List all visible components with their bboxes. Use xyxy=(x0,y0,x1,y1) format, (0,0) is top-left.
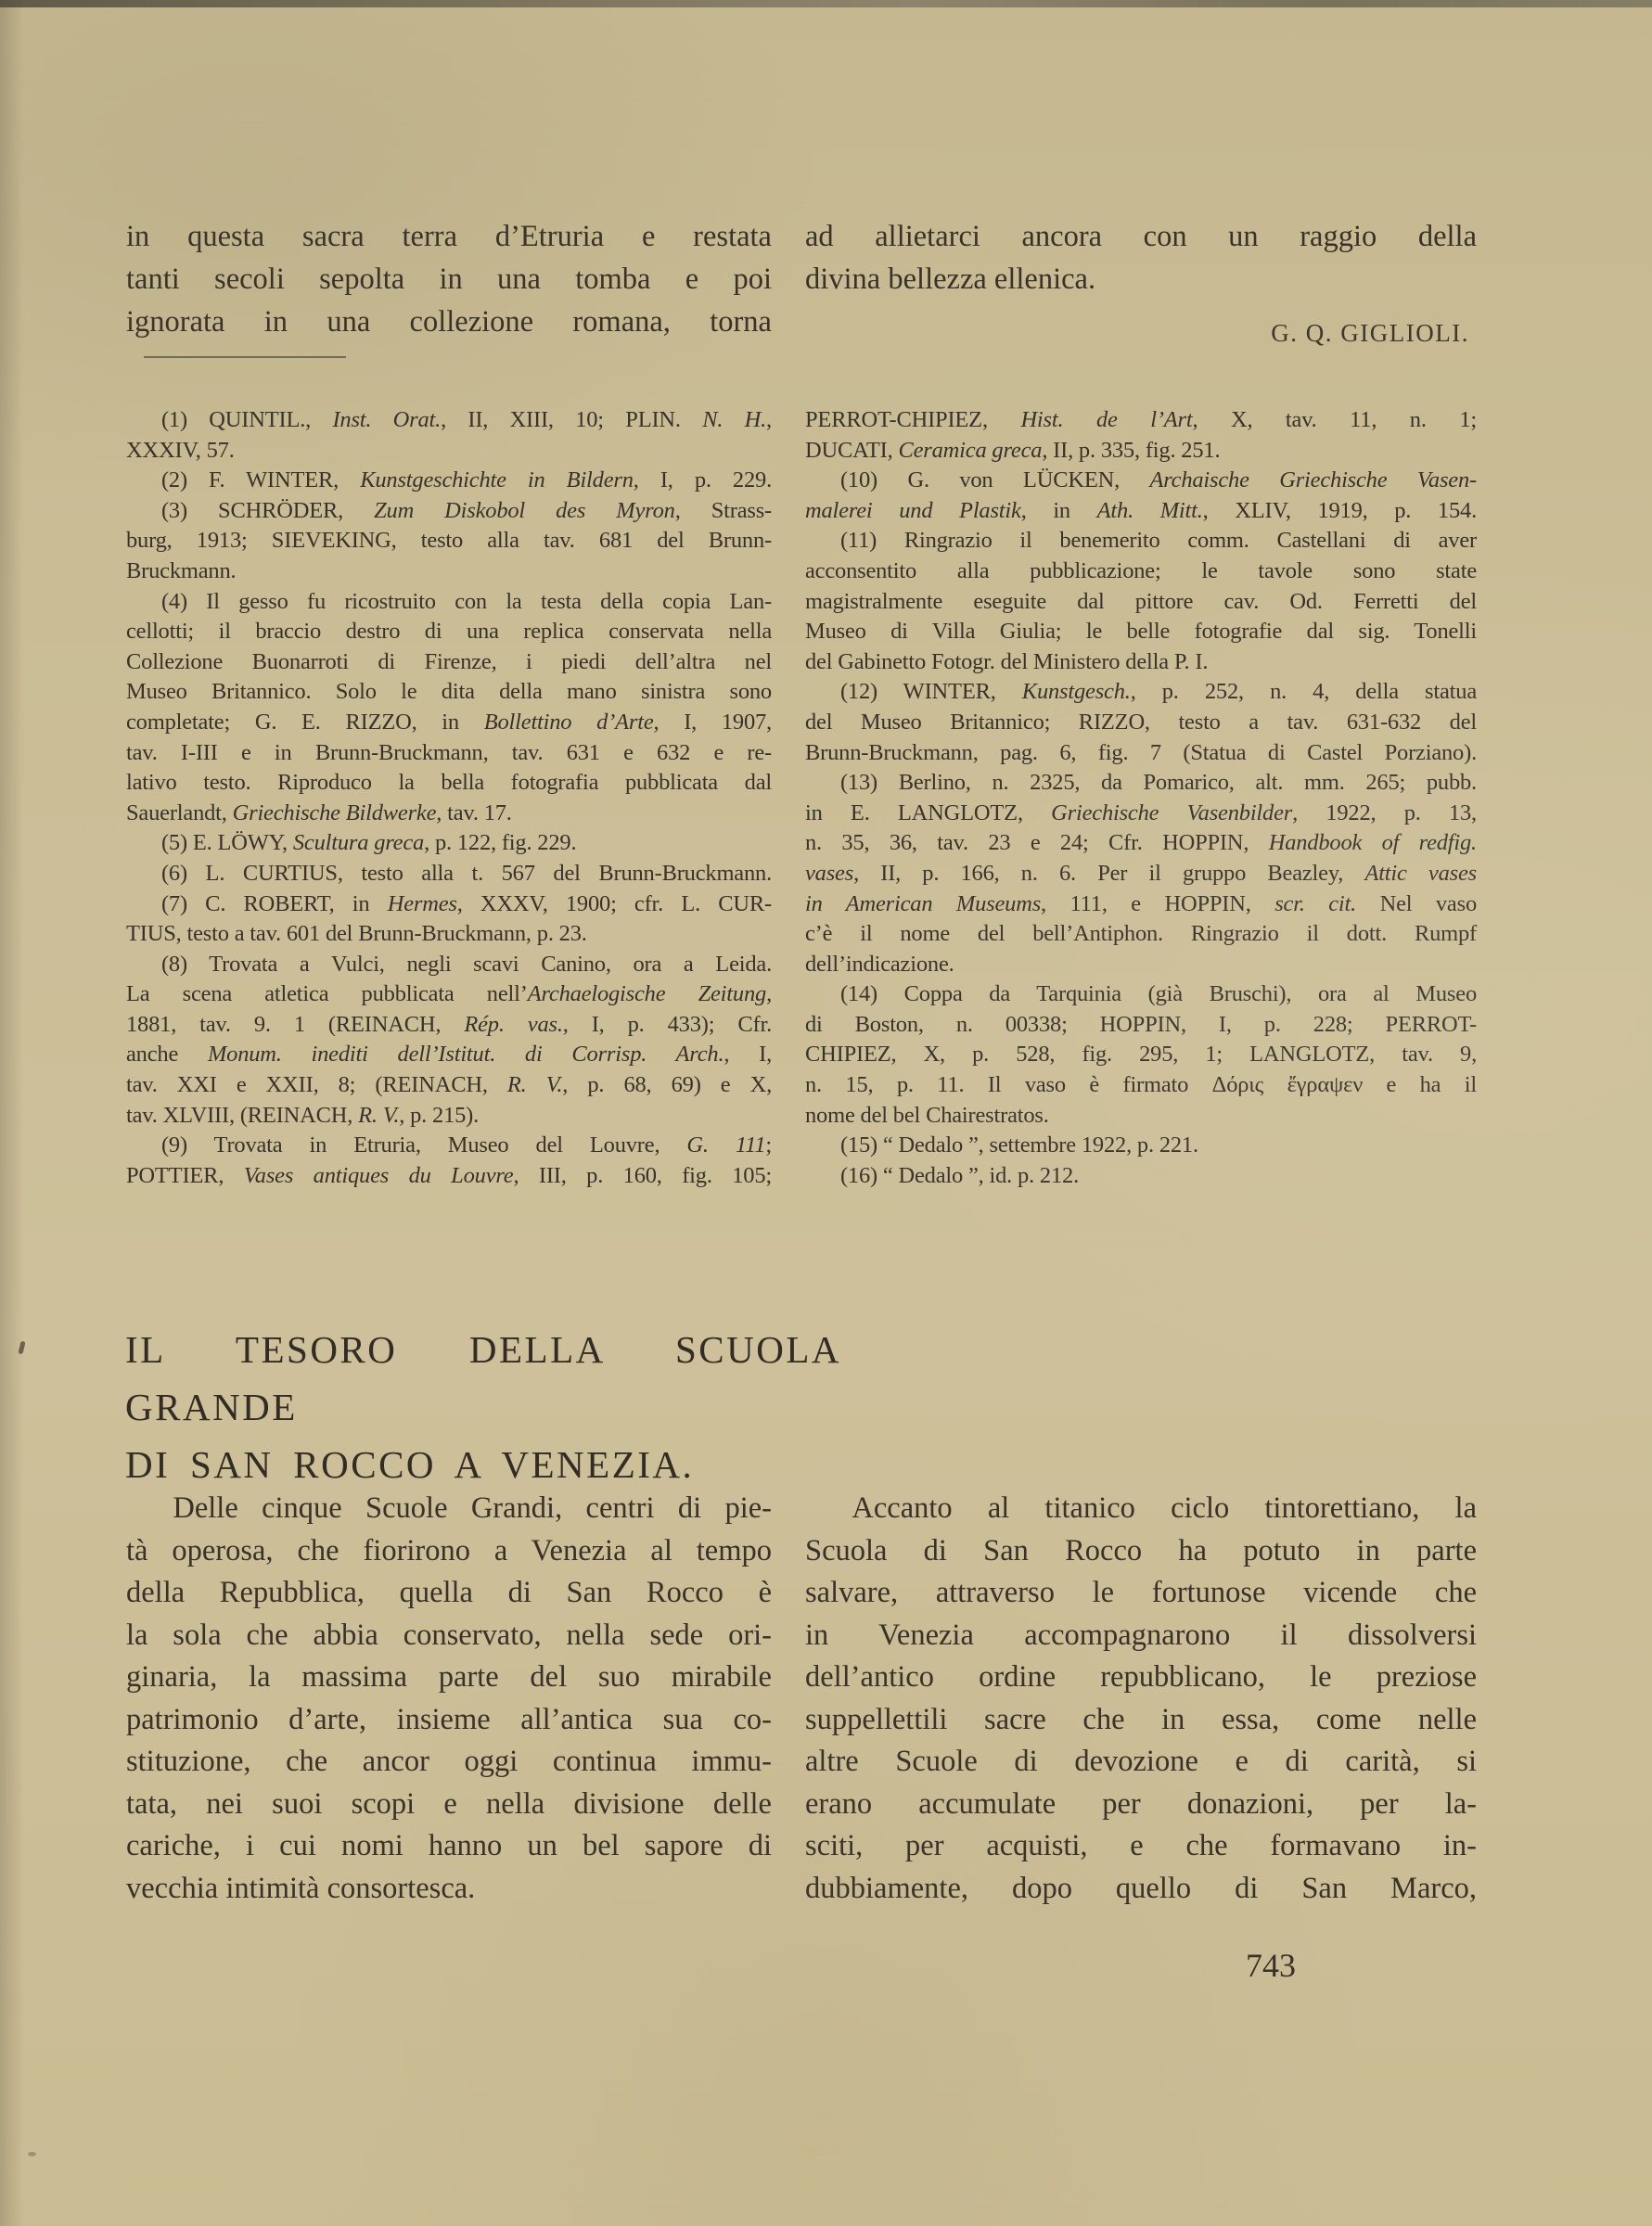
text-line: del Museo Britannico; RIZZO, testo a tav… xyxy=(805,708,1477,738)
section-heading: IL TESORO DELLA SCUOLA GRANDE DI SAN ROC… xyxy=(125,1321,841,1493)
text-line: vecchia intimità consortesca. xyxy=(126,1868,772,1911)
text-line: Scuola di San Rocco ha potuto in parte xyxy=(805,1530,1477,1573)
text-line: DUCATI, Ceramica greca, II, p. 335, fig.… xyxy=(805,436,1477,467)
text-line: tav. I-III e in Brunn-Bruckmann, tav. 63… xyxy=(126,738,772,769)
text-line: n. 15, p. 11. Il vaso è firmato Δόρις ἔγ… xyxy=(805,1070,1477,1101)
text-line: in Venezia accompagnarono il dissolversi xyxy=(805,1615,1477,1657)
text-line: completate; G. E. RIZZO, in Bollettino d… xyxy=(126,708,772,738)
text-line: c’è il nome del bell’Antiphon. Ringrazio… xyxy=(805,919,1477,950)
page-number: 743 xyxy=(1206,1946,1336,1985)
text-line: 1881, tav. 9. 1 (REINACH, Rép. vas., I, … xyxy=(126,1010,772,1041)
scanned-journal-page: in questa sacra terra d’Etruria e restat… xyxy=(0,0,1652,2226)
text-line: tà operosa, che fiorirono a Venezia al t… xyxy=(126,1530,772,1573)
text-line: (14) Coppa da Tarquinia (già Bruschi), o… xyxy=(805,979,1477,1010)
text-line: n. 35, 36, tav. 23 e 24; Cfr. HOPPIN, Ha… xyxy=(805,828,1477,859)
text-line: altre Scuole di devozione e di carità, s… xyxy=(805,1741,1477,1784)
scan-artifact xyxy=(18,1341,25,1355)
text-line: (5) E. LÖWY, Scultura greca, p. 122, fig… xyxy=(126,828,772,859)
text-line: la sola che abbia conservato, nella sede… xyxy=(126,1615,772,1657)
text-line: POTTIER, Vases antiques du Louvre, III, … xyxy=(126,1161,772,1192)
text-line: dubbiamente, dopo quello di San Marco, xyxy=(805,1868,1477,1911)
text-line: (12) WINTER, Kunstgesch., p. 252, n. 4, … xyxy=(805,677,1477,708)
footnotes-column-right: PERROT-CHIPIEZ, Hist. de l’Art, X, tav. … xyxy=(805,405,1477,1191)
text-line: tanti secoli sepolta in una tomba e poi xyxy=(126,258,772,301)
body-paragraph-left: Delle cinque Scuole Grandi, centri di pi… xyxy=(126,1488,772,1910)
text-line: nome del bel Chairestratos. xyxy=(805,1101,1477,1132)
text-line: in questa sacra terra d’Etruria e restat… xyxy=(126,215,772,258)
text-line: erano accumulate per donazioni, per la- xyxy=(805,1784,1477,1826)
text-line: CHIPIEZ, X, p. 528, fig. 295, 1; LANGLOT… xyxy=(805,1040,1477,1070)
text-line: ad allietarci ancora con un raggio della xyxy=(805,215,1477,258)
footnotes-column-left: (1) QUINTIL., Inst. Orat., II, XIII, 10;… xyxy=(126,405,772,1191)
section-heading-line-1: IL TESORO DELLA SCUOLA GRANDE xyxy=(125,1321,841,1436)
text-line: salvare, attraverso le fortunose vicende… xyxy=(805,1572,1477,1615)
text-line: (3) SCHRÖDER, Zum Diskobol des Myron, St… xyxy=(126,496,772,527)
text-line: Brunn-Bruckmann, pag. 6, fig. 7 (Statua … xyxy=(805,738,1477,769)
section-heading-line-2: DI SAN ROCCO A VENEZIA. xyxy=(125,1436,841,1493)
body-paragraph-right: Accanto al titanico ciclo tintorettiano,… xyxy=(805,1488,1477,1910)
text-line: (6) L. CURTIUS, testo alla t. 567 del Br… xyxy=(126,859,772,889)
text-line: in American Museums, 111, e HOPPIN, scr.… xyxy=(805,889,1477,920)
text-line: (11) Ringrazio il benemerito comm. Caste… xyxy=(805,526,1477,556)
text-line: malerei und Plastik, in Ath. Mitt., XLIV… xyxy=(805,496,1477,527)
intro-paragraph-right: ad allietarci ancora con un raggio della… xyxy=(805,215,1477,354)
text-line: Accanto al titanico ciclo tintorettiano,… xyxy=(805,1488,1477,1530)
text-line: Sauerlandt, Griechische Bildwerke, tav. … xyxy=(126,799,772,829)
text-line: Museo Britannico. Solo le dita della man… xyxy=(126,677,772,708)
text-line: (1) QUINTIL., Inst. Orat., II, XIII, 10;… xyxy=(126,405,772,436)
text-line: suppellettili sacre che in essa, come ne… xyxy=(805,1699,1477,1742)
text-line: (4) Il gesso fu ricostruito con la testa… xyxy=(126,587,772,618)
text-line: del Gabinetto Fotogr. del Ministero dell… xyxy=(805,647,1477,678)
text-line: ginaria, la massima parte del suo mirabi… xyxy=(126,1657,772,1699)
text-line: burg, 1913; SIEVEKING, testo alla tav. 6… xyxy=(126,526,772,556)
text-line: PERROT-CHIPIEZ, Hist. de l’Art, X, tav. … xyxy=(805,405,1477,436)
text-line: divina bellezza ellenica. xyxy=(805,258,1477,301)
text-line: La scena atletica pubblicata nell’Archae… xyxy=(126,979,772,1010)
text-line: TIUS, testo a tav. 601 del Brunn-Bruckma… xyxy=(126,919,772,950)
intro-right-text: ad allietarci ancora con un raggio della… xyxy=(805,215,1477,301)
text-line: XXXIV, 57. xyxy=(126,436,772,467)
text-line: (10) G. von LÜCKEN, Archaische Griechisc… xyxy=(805,466,1477,496)
text-line: sciti, per acquisti, e che formavano in- xyxy=(805,1825,1477,1868)
text-line: tata, nei suoi scopi e nella divisione d… xyxy=(126,1784,772,1826)
text-line: patrimonio d’arte, insieme all’antica su… xyxy=(126,1699,772,1742)
text-line: stituzione, che ancor oggi continua immu… xyxy=(126,1741,772,1784)
text-line: Collezione Buonarroti di Firenze, i pied… xyxy=(126,647,772,678)
footnote-divider-rule xyxy=(144,356,346,358)
text-line: tav. XLVIII, (REINACH, R. V., p. 215). xyxy=(126,1101,772,1132)
text-line: dell’indicazione. xyxy=(805,950,1477,980)
scan-artifact xyxy=(28,2152,36,2156)
text-line: della Repubblica, quella di San Rocco è xyxy=(126,1572,772,1615)
text-line: in E. LANGLOTZ, Griechische Vasenbilder,… xyxy=(805,799,1477,829)
text-line: acconsentito alla pubblicazione; le tavo… xyxy=(805,556,1477,587)
text-line: Museo di Villa Giulia; le belle fotograf… xyxy=(805,617,1477,647)
text-line: cellotti; il braccio destro di una repli… xyxy=(126,617,772,647)
text-line: Bruckmann. xyxy=(126,556,772,587)
author-signature: G. Q. GIGLIOLI. xyxy=(805,312,1477,354)
intro-paragraph-left: in questa sacra terra d’Etruria e restat… xyxy=(126,215,772,343)
text-line: (16) “ Dedalo ”, id. p. 212. xyxy=(805,1161,1477,1192)
text-line: (13) Berlino, n. 2325, da Pomarico, alt.… xyxy=(805,768,1477,799)
text-line: magistralmente eseguite dal pittore cav.… xyxy=(805,587,1477,618)
text-line: (7) C. ROBERT, in Hermes, XXXV, 1900; cf… xyxy=(126,889,772,920)
text-line: cariche, i cui nomi hanno un bel sapore … xyxy=(126,1825,772,1868)
scan-top-edge xyxy=(0,0,1652,7)
text-line: ignorata in una collezione romana, torna xyxy=(126,301,772,343)
scan-left-shadow xyxy=(0,0,24,2226)
text-line: (2) F. WINTER, Kunstgeschichte in Bilder… xyxy=(126,466,772,496)
text-line: anche Monum. inediti dell’Istitut. di Co… xyxy=(126,1040,772,1070)
text-line: (15) “ Dedalo ”, settembre 1922, p. 221. xyxy=(805,1131,1477,1161)
text-line: dell’antico ordine repubblicano, le prez… xyxy=(805,1657,1477,1699)
text-line: tav. XXI e XXII, 8; (REINACH, R. V., p. … xyxy=(126,1070,772,1101)
text-line: (8) Trovata a Vulci, negli scavi Canino,… xyxy=(126,950,772,980)
text-line: Delle cinque Scuole Grandi, centri di pi… xyxy=(126,1488,772,1530)
text-line: (9) Trovata in Etruria, Museo del Louvre… xyxy=(126,1131,772,1161)
text-line: vases, II, p. 166, n. 6. Per il gruppo B… xyxy=(805,859,1477,889)
text-line: di Boston, n. 00338; HOPPIN, I, p. 228; … xyxy=(805,1010,1477,1041)
text-line: lativo testo. Riproduco la bella fotogra… xyxy=(126,768,772,799)
